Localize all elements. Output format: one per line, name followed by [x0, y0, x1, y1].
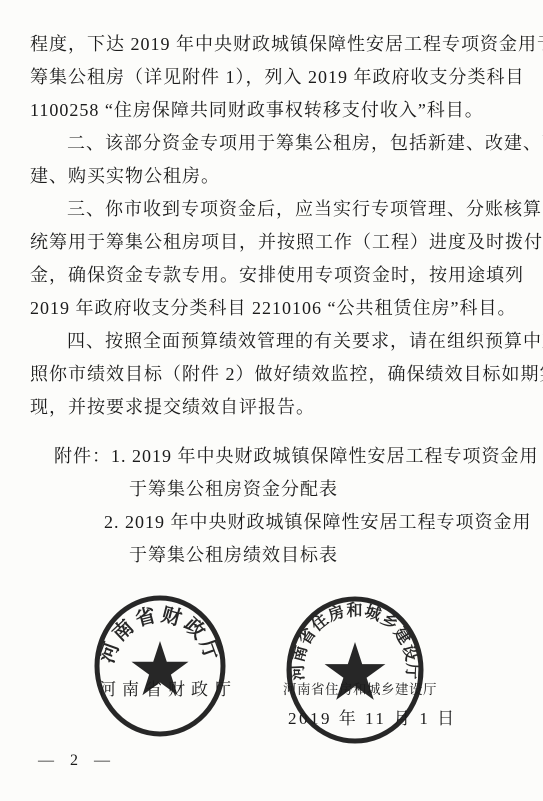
text-line: 2. 2019 年中央财政城镇保障性安居工程专项资金用	[30, 506, 513, 539]
document-body: 程度，下达 2019 年中央财政城镇保障性安居工程专项资金用于筹集公租房（详见附…	[30, 28, 513, 572]
left-agency-signature: 河南省财政厅	[99, 675, 237, 700]
text-line: 于筹集公租房绩效目标表	[30, 539, 513, 572]
page-number: — 2 —	[38, 752, 116, 770]
text-line: 建、购买实物公租房。	[30, 160, 513, 193]
text-line: 筹集公租房（详见附件 1），列入 2019 年政府收支分类科目	[30, 61, 513, 94]
text-line: 现，并按要求提交绩效自评报告。	[30, 391, 513, 424]
text-line: 附件：1. 2019 年中央财政城镇保障性安居工程专项资金用	[30, 440, 513, 473]
text-line: 1100258 “住房保障共同财政事权转移支付收入”科目。	[30, 94, 513, 127]
attachments-block: 附件：1. 2019 年中央财政城镇保障性安居工程专项资金用于筹集公租房资金分配…	[30, 440, 513, 572]
text-line: 于筹集公租房资金分配表	[30, 473, 513, 506]
text-line: 二、该部分资金专项用于筹集公租房，包括新建、改建、配	[30, 127, 513, 160]
text-line: 2019 年政府收支分类科目 2210106 “公共租赁住房”科目。	[30, 292, 513, 325]
finance-department-seal-icon: 河南省财政厅	[90, 593, 230, 739]
text-line: 统筹用于筹集公租房项目，并按照工作（工程）进度及时拨付资	[30, 226, 513, 259]
text-line: 金，确保资金专款专用。安排使用专项资金时，按用途填列	[30, 259, 513, 292]
text-line: 三、你市收到专项资金后，应当实行专项管理、分账核算，	[30, 193, 513, 226]
text-line: 四、按照全面预算绩效管理的有关要求，请在组织预算中对	[30, 325, 513, 358]
document-page: 程度，下达 2019 年中央财政城镇保障性安居工程专项资金用于筹集公租房（详见附…	[0, 0, 543, 801]
text-line: 程度，下达 2019 年中央财政城镇保障性安居工程专项资金用于	[30, 28, 513, 61]
right-agency-signature: 河南省住房和城乡建设厅	[283, 678, 437, 698]
main-paragraphs: 程度，下达 2019 年中央财政城镇保障性安居工程专项资金用于筹集公租房（详见附…	[30, 28, 513, 424]
text-line: 照你市绩效目标（附件 2）做好绩效监控，确保绩效目标如期实	[30, 358, 513, 391]
issue-date: 2019 年 11 月 1 日	[288, 704, 457, 729]
